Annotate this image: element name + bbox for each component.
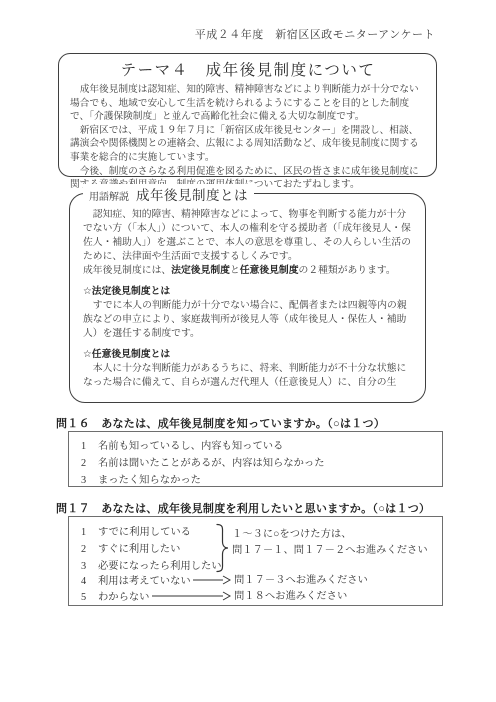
option-number: 2	[81, 458, 98, 469]
glossary-content: 認知症、知的障害、精神障害などによって、物事を判断する能力が十分でない方（「本人…	[70, 194, 425, 386]
question-17-heading: 問１７ あなたは、成年後見制度を利用したいと思いますか。（○は１つ）	[56, 500, 430, 516]
option-label: 利用は考えていない	[98, 576, 191, 587]
types-post: の２種類があります。	[299, 265, 396, 276]
q17-option-1: 1すでに利用している	[81, 523, 191, 538]
document-header: 平成２４年度 新宿区区政モニターアンケート	[195, 26, 435, 42]
q17-option-4: 4利用は考えていない	[81, 572, 191, 587]
branch-note-1-3: １～３に○をつけた方は、 問１７－１、問１７－２へお進みください	[232, 527, 428, 558]
types-mid: と	[230, 265, 240, 276]
q16-option-3: 3まったく知らなかった	[81, 471, 201, 486]
legal-guardianship-heading: ☆法定後見制度とは	[83, 285, 413, 299]
branch-target-option4: 問１７－３へお進みください	[234, 571, 368, 586]
voluntary-guardianship-body: 本人に十分な判断能力があるうちに、将来、判断能力が不十分な状態になった場合に備え…	[83, 362, 413, 386]
glossary-intro: 認知症、知的障害、精神障害などによって、物事を判断する能力が十分でない方（「本人…	[83, 208, 413, 264]
glossary-label-large: 成年後見制度とは	[136, 184, 248, 204]
option-number: 2	[81, 544, 98, 555]
theme-box: テーマ４ 成年後見制度について 成年後見制度は認知症、知的障害、精神障害などによ…	[58, 53, 437, 177]
q17-option-5: 5わからない	[81, 588, 149, 603]
types-bold-legal: 法定後見制度	[171, 265, 230, 276]
q16-option-2: 2名前は聞いたことがあるが、内容は知らなかった	[81, 454, 325, 469]
branch-note-line2: 問１７－１、問１７－２へお進みください	[232, 543, 428, 559]
q17-option-3: 3必要になったら利用したい	[81, 557, 222, 572]
glossary-types-line: 成年後見制度には、法定後見制度と任意後見制度の２種類があります。	[83, 264, 413, 278]
option-label: わからない	[98, 592, 149, 603]
question-16-heading: 問１６ あなたは、成年後見制度を知っていますか。（○は１つ）	[56, 415, 385, 431]
voluntary-guardianship-heading: ☆任意後見制度とは	[83, 348, 413, 362]
question-17-options-box: 1すでに利用している 2すぐに利用したい 3必要になったら利用したい 4利用は考…	[68, 516, 443, 606]
option-label: すでに利用している	[98, 527, 191, 538]
q16-option-1: 1名前も知っているし、内容も知っている	[81, 437, 283, 452]
option-label: まったく知らなかった	[98, 475, 201, 486]
arrow-right-icon	[152, 591, 231, 601]
theme-paragraph: 新宿区では、平成１９年７月に「新宿区成年後見センター」を開設し、相談、講演会や関…	[70, 124, 426, 165]
types-pre: 成年後見制度には、	[83, 265, 171, 276]
option-number: 3	[81, 475, 98, 486]
theme-paragraph: 成年後見制度は認知症、知的障害、精神障害などにより判断能力が十分でない場合でも、…	[70, 83, 426, 124]
option-number: 1	[81, 527, 98, 538]
theme-title: テーマ４ 成年後見制度について	[70, 58, 426, 80]
curly-brace-icon	[215, 523, 229, 573]
option-number: 5	[81, 592, 98, 603]
glossary-box: 用語解説 成年後見制度とは 認知症、知的障害、精神障害などによって、物事を判断す…	[69, 193, 426, 403]
types-bold-voluntary: 任意後見制度	[240, 265, 299, 276]
questionnaire-page: 平成２４年度 新宿区区政モニターアンケート テーマ４ 成年後見制度について 成年…	[0, 0, 496, 702]
option-number: 3	[81, 561, 98, 572]
glossary-label: 用語解説 成年後見制度とは	[83, 184, 254, 204]
branch-target-option5: 問１８へお進みください	[234, 587, 347, 602]
q17-option-2: 2すぐに利用したい	[81, 540, 180, 555]
option-label: 名前も知っているし、内容も知っている	[98, 441, 283, 452]
option-number: 1	[81, 441, 98, 452]
arrow-right-icon	[193, 575, 231, 585]
question-16-options-box: 1名前も知っているし、内容も知っている 2名前は聞いたことがあるが、内容は知らな…	[68, 431, 443, 487]
option-number: 4	[81, 576, 98, 587]
branch-note-line1: １～３に○をつけた方は、	[232, 527, 428, 543]
option-label: 必要になったら利用したい	[98, 561, 222, 572]
legal-guardianship-body: すでに本人の判断能力が十分でない場合に、配偶者または四親等内の親族などの申立によ…	[83, 299, 413, 341]
glossary-label-small: 用語解説	[89, 188, 129, 203]
option-label: 名前は聞いたことがあるが、内容は知らなかった	[98, 458, 325, 469]
option-label: すぐに利用したい	[98, 544, 180, 555]
